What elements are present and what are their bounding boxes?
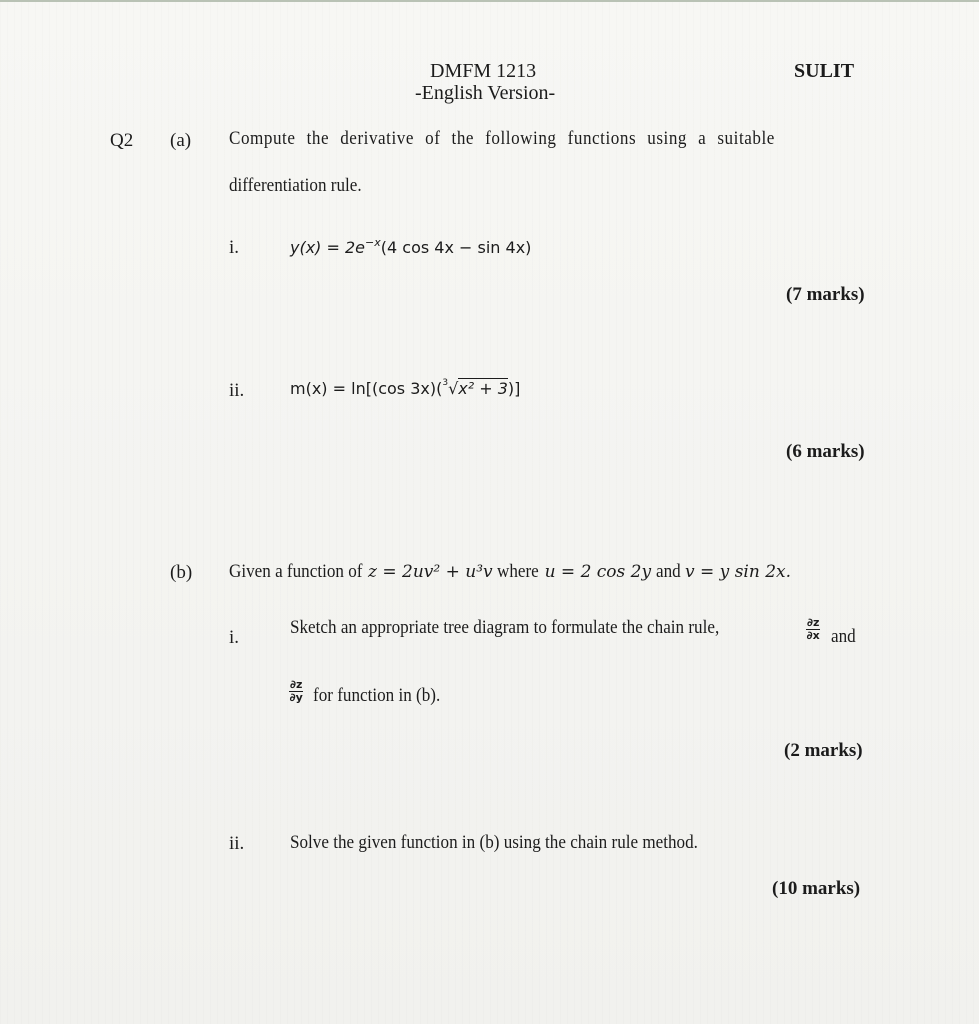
page-edge <box>0 0 979 2</box>
marks-a-i: (7 marks) <box>786 284 865 306</box>
radicand: x² + 3 <box>458 378 508 398</box>
course-code: DMFM 1213 <box>430 60 536 83</box>
item-b-i-line1: Sketch an appropriate tree diagram to fo… <box>290 617 767 639</box>
marks-a-ii: (6 marks) <box>786 441 865 463</box>
part-b-label: (b) <box>170 562 192 584</box>
frac-denominator: ∂y <box>289 692 303 704</box>
marks-b-ii: (10 marks) <box>772 878 860 900</box>
equation-a-i: y(x) = 2e−x(4 cos 4x − sin 4x) <box>290 236 531 257</box>
item-b-i-label: i. <box>229 627 239 649</box>
part-a-label: (a) <box>170 130 191 152</box>
item-b-i-and: and <box>831 626 856 648</box>
item-b-ii-text: Solve the given function in (b) using th… <box>290 832 698 854</box>
part-b-statement: Given a function of z = 2uv² + u³v where… <box>229 561 791 583</box>
radical-sign: √ <box>448 379 458 398</box>
statement-prefix: Given a function of <box>229 561 362 583</box>
statement-where: where <box>497 561 539 583</box>
version-label: -English Version- <box>415 82 555 105</box>
item-a-ii-label: ii. <box>229 380 244 402</box>
function-z: z = 2uv² + u³v <box>368 562 493 582</box>
equation-exponent: −x <box>365 236 381 249</box>
classification-label: SULIT <box>794 60 854 83</box>
equation-rhs: (4 cos 4x − sin 4x) <box>381 238 532 257</box>
item-b-ii-label: ii. <box>229 833 244 855</box>
exam-page <box>0 0 979 1024</box>
part-a-instruction-cont: differentiation rule. <box>229 175 362 197</box>
frac-denominator: ∂x <box>806 630 820 642</box>
equation-a-ii: m(x) = ln[(cos 3x)(3√x² + 3)] <box>290 378 520 398</box>
statement-and: and <box>656 561 681 583</box>
item-b-i-text: Sketch an appropriate tree diagram to fo… <box>290 617 719 639</box>
marks-b-i: (2 marks) <box>784 740 863 762</box>
partial-dz-dx: ∂z∂x <box>806 617 820 642</box>
question-number: Q2 <box>110 130 133 152</box>
equation-lhs: y(x) = 2e <box>290 238 365 257</box>
equation-rhs: )] <box>508 379 520 398</box>
function-v: v = y sin 2x. <box>685 562 791 582</box>
part-a-instruction: Compute the derivative of the following … <box>229 128 775 150</box>
item-a-i-label: i. <box>229 237 239 259</box>
partial-dz-dy: ∂z∂y <box>289 679 303 704</box>
item-b-i-line2: for function in (b). <box>313 685 440 707</box>
equation-lhs: m(x) = ln[(cos 3x)( <box>290 379 442 398</box>
function-u: u = 2 cos 2y <box>545 562 652 582</box>
